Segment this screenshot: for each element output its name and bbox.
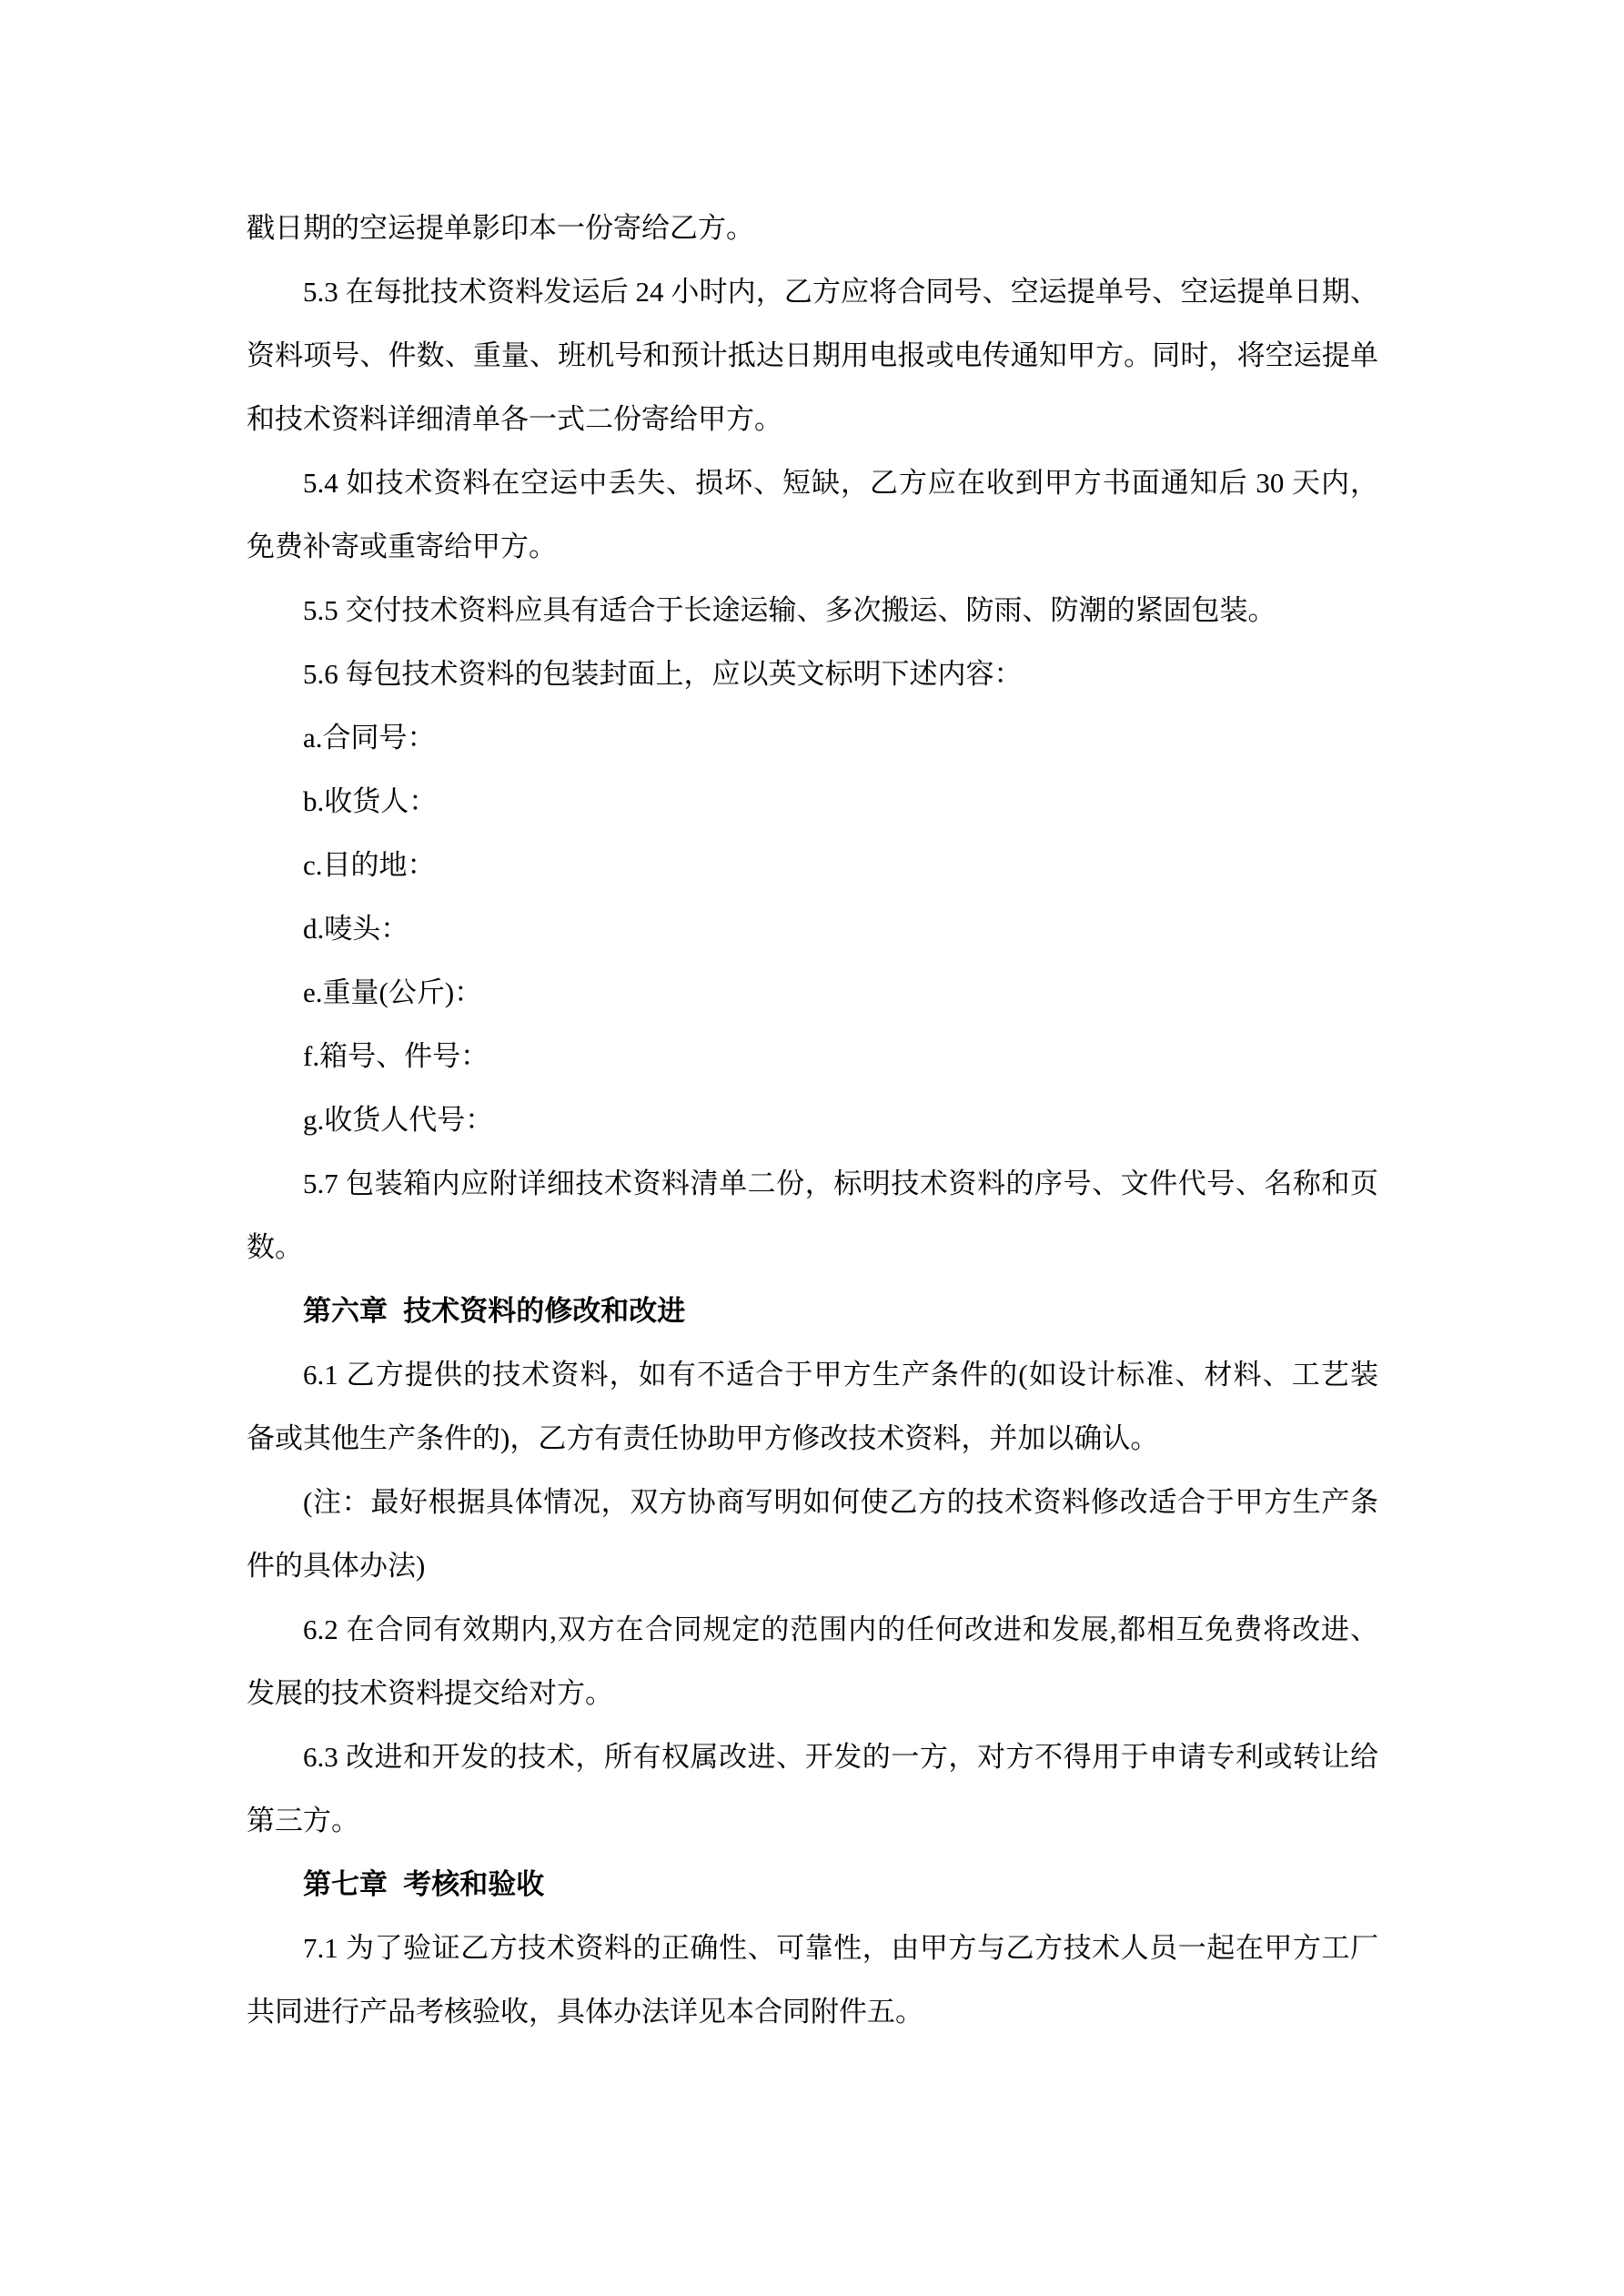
text-line: 6.1 乙方提供的技术资料，如有不适合于甲方生产条件的(如设计标准、材料、工艺装 <box>247 1343 1378 1407</box>
text-line: 5.4 如技术资料在空运中丢失、损坏、短缺，乙方应在收到甲方书面通知后 30 天… <box>247 451 1378 515</box>
document-page: 戳日期的空运提单影印本一份寄给乙方。 5.3 在每批技术资料发运后 24 小时内… <box>247 197 1378 2044</box>
text-line: 发展的技术资料提交给对方。 <box>247 1662 1378 1725</box>
paragraph-5-4: 5.4 如技术资料在空运中丢失、损坏、短缺，乙方应在收到甲方书面通知后 30 天… <box>247 451 1378 579</box>
text-line: 戳日期的空运提单影印本一份寄给乙方。 <box>247 197 1378 260</box>
marking-list: a.合同号： b.收货人： c.目的地： d.唛头： e.重量(公斤)： f.箱… <box>247 706 1378 1152</box>
chapter-6-heading: 第六章 技术资料的修改和改进 <box>247 1279 1378 1343</box>
paragraph-5-7: 5.7 包装箱内应附详细技术资料清单二份，标明技术资料的序号、文件代号、名称和页… <box>247 1152 1378 1279</box>
text-line: 第三方。 <box>247 1789 1378 1853</box>
text-line: 免费补寄或重寄给甲方。 <box>247 515 1378 579</box>
text-line: 5.5 交付技术资料应具有适合于长途运输、多次搬运、防雨、防潮的紧固包装。 <box>247 579 1378 642</box>
list-item-case-number: f.箱号、件号： <box>247 1025 1378 1088</box>
list-item-contract-no: a.合同号： <box>247 706 1378 770</box>
text-line: 5.3 在每批技术资料发运后 24 小时内，乙方应将合同号、空运提单号、空运提单… <box>247 260 1378 324</box>
paragraph-7-1: 7.1 为了验证乙方技术资料的正确性、可靠性，由甲方与乙方技术人员一起在甲方工厂… <box>247 1917 1378 2044</box>
text-line: 数。 <box>247 1216 1378 1279</box>
text-line: 6.3 改进和开发的技术，所有权属改进、开发的一方，对方不得用于申请专利或转让给 <box>247 1725 1378 1789</box>
text-line: 件的具体办法) <box>247 1534 1378 1598</box>
list-item-weight: e.重量(公斤)： <box>247 961 1378 1025</box>
paragraph-6-3: 6.3 改进和开发的技术，所有权属改进、开发的一方，对方不得用于申请专利或转让给… <box>247 1725 1378 1853</box>
list-item-destination: c.目的地： <box>247 834 1378 897</box>
paragraph-6-2: 6.2 在合同有效期内,双方在合同规定的范围内的任何改进和发展,都相互免费将改进… <box>247 1598 1378 1725</box>
paragraph-5-2-continuation: 戳日期的空运提单影印本一份寄给乙方。 <box>247 197 1378 260</box>
text-line: 共同进行产品考核验收，具体办法详见本合同附件五。 <box>247 1980 1378 2044</box>
list-item-consignee-code: g.收货人代号： <box>247 1088 1378 1152</box>
list-item-consignee: b.收货人： <box>247 770 1378 834</box>
text-line: 5.6 每包技术资料的包装封面上，应以英文标明下述内容： <box>247 642 1378 706</box>
text-line: 7.1 为了验证乙方技术资料的正确性、可靠性，由甲方与乙方技术人员一起在甲方工厂 <box>247 1917 1378 1980</box>
text-line: 和技术资料详细清单各一式二份寄给甲方。 <box>247 388 1378 451</box>
text-line: 资料项号、件数、重量、班机号和预计抵达日期用电报或电传通知甲方。同时，将空运提单 <box>247 324 1378 388</box>
text-line: 备或其他生产条件的)，乙方有责任协助甲方修改技术资料，并加以确认。 <box>247 1407 1378 1471</box>
text-line: 6.2 在合同有效期内,双方在合同规定的范围内的任何改进和发展,都相互免费将改进… <box>247 1598 1378 1662</box>
paragraph-5-3: 5.3 在每批技术资料发运后 24 小时内，乙方应将合同号、空运提单号、空运提单… <box>247 260 1378 451</box>
paragraph-5-5: 5.5 交付技术资料应具有适合于长途运输、多次搬运、防雨、防潮的紧固包装。 <box>247 579 1378 642</box>
note-paragraph: (注：最好根据具体情况，双方协商写明如何使乙方的技术资料修改适合于甲方生产条 件… <box>247 1471 1378 1598</box>
text-line: 5.7 包装箱内应附详细技术资料清单二份，标明技术资料的序号、文件代号、名称和页 <box>247 1152 1378 1216</box>
paragraph-6-1: 6.1 乙方提供的技术资料，如有不适合于甲方生产条件的(如设计标准、材料、工艺装… <box>247 1343 1378 1471</box>
chapter-7-heading: 第七章 考核和验收 <box>247 1853 1378 1917</box>
text-line: (注：最好根据具体情况，双方协商写明如何使乙方的技术资料修改适合于甲方生产条 <box>247 1471 1378 1534</box>
paragraph-5-6: 5.6 每包技术资料的包装封面上，应以英文标明下述内容： <box>247 642 1378 706</box>
list-item-shipping-mark: d.唛头： <box>247 897 1378 961</box>
